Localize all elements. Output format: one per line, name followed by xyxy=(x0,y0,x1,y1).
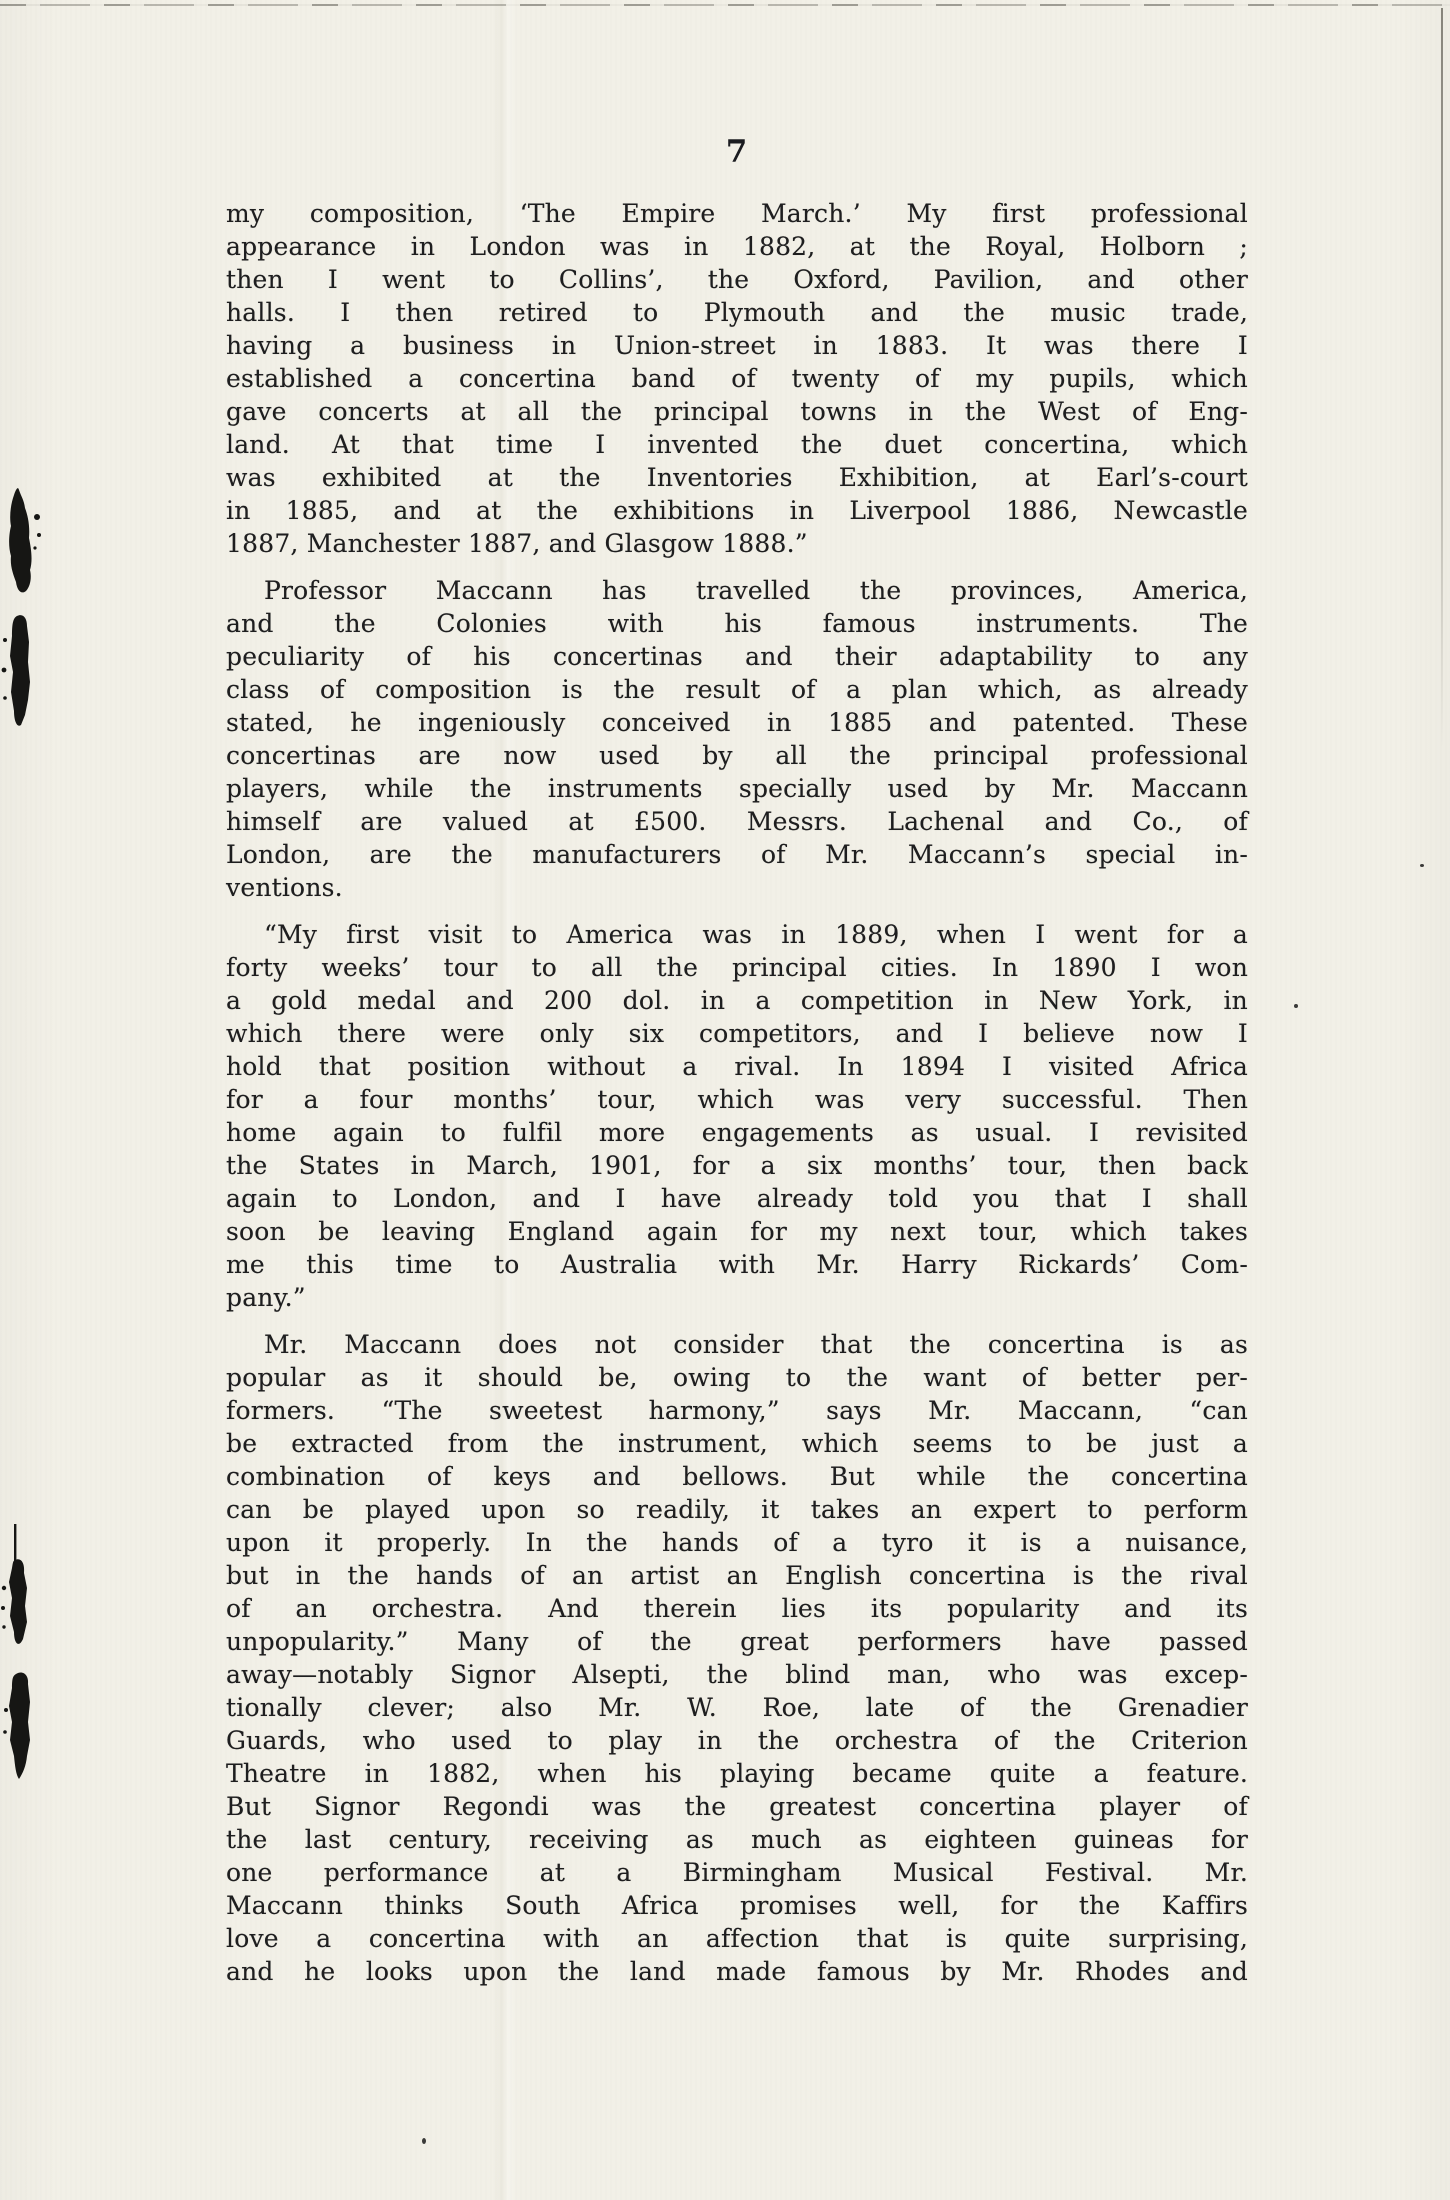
text-line: hold that position without a rival. In 1… xyxy=(226,1050,1248,1083)
page-right-edge-line xyxy=(1441,8,1443,748)
text-line: halls. I then retired to Plymouth and th… xyxy=(226,296,1248,329)
paragraph: my composition, ‘The Empire March.’ My f… xyxy=(226,197,1248,560)
text-line: for a four months’ tour, which was very … xyxy=(226,1083,1248,1116)
text-line: soon be leaving England again for my nex… xyxy=(226,1215,1248,1248)
text-line: one performance at a Birmingham Musical … xyxy=(226,1856,1248,1889)
text-line: tionally clever; also Mr. W. Roe, late o… xyxy=(226,1691,1248,1724)
ink-smudge-4 xyxy=(2,1670,40,1782)
ink-smudge-2 xyxy=(0,612,42,730)
paragraph: “My first visit to America was in 1889, … xyxy=(226,918,1248,1314)
text-line: Maccann thinks South Africa promises wel… xyxy=(226,1889,1248,1922)
text-line: home again to fulfil more engagements as… xyxy=(226,1116,1248,1149)
text-line: the last century, receiving as much as e… xyxy=(226,1823,1248,1856)
text-line: popular as it should be, owing to the wa… xyxy=(226,1361,1248,1394)
text-line: peculiarity of his concertinas and their… xyxy=(226,640,1248,673)
text-line: land. At that time I invented the duet c… xyxy=(226,428,1248,461)
text-line: but in the hands of an artist an English… xyxy=(226,1559,1248,1592)
text-line: forty weeks’ tour to all the principal c… xyxy=(226,951,1248,984)
paragraph: Mr. Maccann does not consider that the c… xyxy=(226,1328,1248,1988)
text-line: Guards, who used to play in the orchestr… xyxy=(226,1724,1248,1757)
text-line: Mr. Maccann does not consider that the c… xyxy=(226,1328,1248,1361)
paper-speck xyxy=(422,2138,426,2144)
text-line: combination of keys and bellows. But whi… xyxy=(226,1460,1248,1493)
text-line: again to London, and I have already told… xyxy=(226,1182,1248,1215)
text-line: gave concerts at all the principal towns… xyxy=(226,395,1248,428)
text-line: a gold medal and 200 dol. in a competiti… xyxy=(226,984,1248,1017)
text-line: established a concertina band of twenty … xyxy=(226,362,1248,395)
page-number: 7 xyxy=(226,134,1248,170)
text-line: concertinas are now used by all the prin… xyxy=(226,739,1248,772)
scanned-document-page: 7 my composition, ‘The Empire March.’ My… xyxy=(0,0,1450,2200)
ink-smudge-1 xyxy=(2,486,46,598)
text-line: players, while the instruments specially… xyxy=(226,772,1248,805)
text-line: can be played upon so readily, it takes … xyxy=(226,1493,1248,1526)
text-line: London, are the manufacturers of Mr. Mac… xyxy=(226,838,1248,871)
text-line: be extracted from the instrument, which … xyxy=(226,1427,1248,1460)
text-line: my composition, ‘The Empire March.’ My f… xyxy=(226,197,1248,230)
paper-speck xyxy=(1294,1004,1298,1008)
paragraph: Professor Maccann has travelled the prov… xyxy=(226,574,1248,904)
text-line: and the Colonies with his famous instrum… xyxy=(226,607,1248,640)
scan-top-edge-line xyxy=(0,4,1450,6)
text-line: in 1885, and at the exhibitions in Liver… xyxy=(226,494,1248,527)
text-line: Professor Maccann has travelled the prov… xyxy=(226,574,1248,607)
text-line: which there were only six competitors, a… xyxy=(226,1017,1248,1050)
text-line: me this time to Australia with Mr. Harry… xyxy=(226,1248,1248,1281)
text-line: stated, he ingeniously conceived in 1885… xyxy=(226,706,1248,739)
text-line: away—notably Signor Alsepti, the blind m… xyxy=(226,1658,1248,1691)
text-line: class of composition is the result of a … xyxy=(226,673,1248,706)
text-line: then I went to Collins’, the Oxford, Pav… xyxy=(226,263,1248,296)
text-line: 1887, Manchester 1887, and Glasgow 1888.… xyxy=(226,527,1248,560)
text-line: unpopularity.” Many of the great perform… xyxy=(226,1625,1248,1658)
text-line: was exhibited at the Inventories Exhibit… xyxy=(226,461,1248,494)
text-line: upon it properly. In the hands of a tyro… xyxy=(226,1526,1248,1559)
text-line: Theatre in 1882, when his playing became… xyxy=(226,1757,1248,1790)
text-block: my composition, ‘The Empire March.’ My f… xyxy=(226,197,1248,1988)
text-line: having a business in Union-street in 188… xyxy=(226,329,1248,362)
text-line: pany.” xyxy=(226,1281,1248,1314)
text-line: “My first visit to America was in 1889, … xyxy=(226,918,1248,951)
text-line: appearance in London was in 1882, at the… xyxy=(226,230,1248,263)
text-line: and he looks upon the land made famous b… xyxy=(226,1955,1248,1988)
text-line: But Signor Regondi was the greatest conc… xyxy=(226,1790,1248,1823)
text-line: himself are valued at £500. Messrs. Lach… xyxy=(226,805,1248,838)
text-line: love a concertina with an affection that… xyxy=(226,1922,1248,1955)
text-line: of an orchestra. And therein lies its po… xyxy=(226,1592,1248,1625)
text-line: the States in March, 1901, for a six mon… xyxy=(226,1149,1248,1182)
text-line: formers. “The sweetest harmony,” says Mr… xyxy=(226,1394,1248,1427)
ink-smudge-3 xyxy=(0,1524,40,1656)
paper-speck xyxy=(1420,864,1424,867)
text-line: ventions. xyxy=(226,871,1248,904)
